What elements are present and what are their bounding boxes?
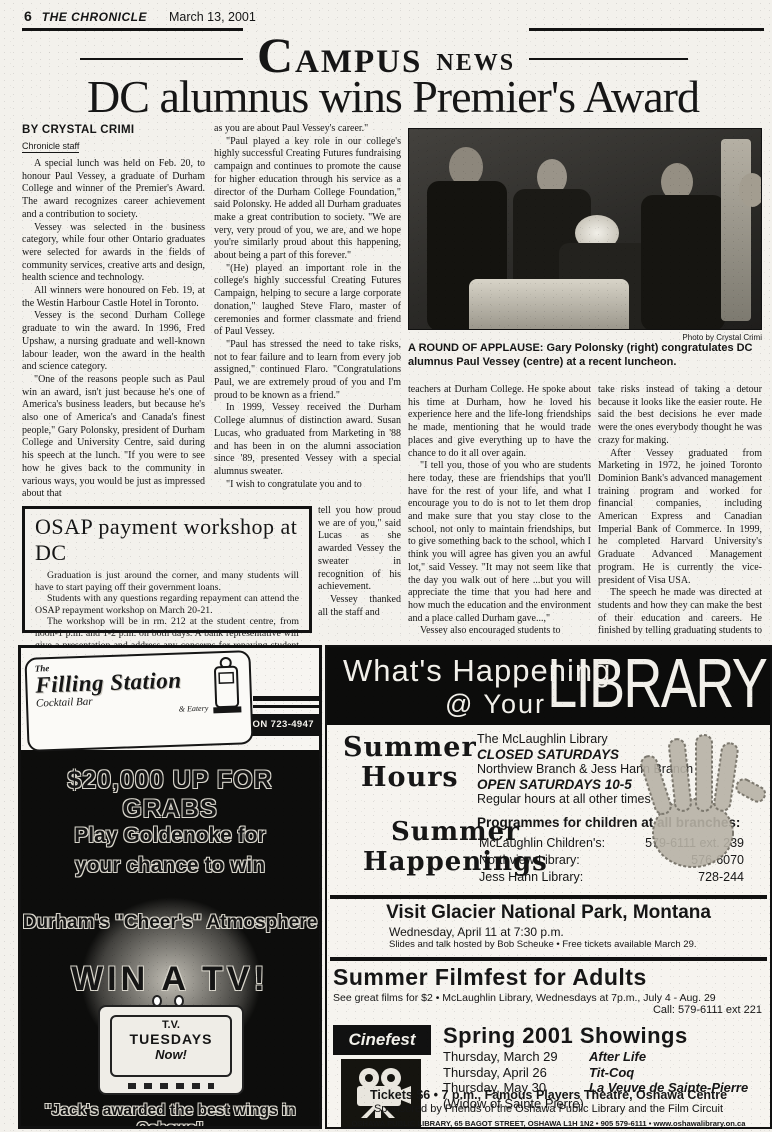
- tv-antenna: [174, 995, 184, 1007]
- hand-icon: [618, 725, 768, 875]
- byline: BY CRYSTAL CRIMI Chronicle staff: [22, 124, 205, 154]
- ad-line: Play Goldenoke for: [21, 824, 319, 848]
- paragraph: A special lunch was held on Feb. 20, to …: [22, 158, 205, 222]
- paragraph: Vessey was selected in the business cate…: [22, 222, 205, 286]
- summer-hours-heading: Summer Hours: [343, 733, 477, 793]
- ad-stripe: [253, 696, 319, 701]
- paragraph: tell you how proud we are of you," said …: [318, 505, 401, 594]
- cinefest-sponsor: Sponsored by Friends of the Oshawa Publi…: [327, 1103, 770, 1115]
- glacier-detail: Slides and talk hosted by Bob Scheuke • …: [389, 939, 770, 950]
- cinefest-title: Spring 2001 Showings: [443, 1023, 688, 1049]
- paragraph: teachers at Durham College. He spoke abo…: [408, 384, 591, 460]
- show-date: Thursday, March 29: [443, 1049, 589, 1065]
- luncheon-photo: [408, 128, 762, 330]
- paper-name: THE CHRONICLE: [42, 10, 147, 24]
- masthead: 6 THE CHRONICLE March 13, 2001: [24, 8, 256, 24]
- paragraph: In 1999, Vessey received the Durham Coll…: [214, 402, 401, 478]
- tv-knobs: [128, 1083, 214, 1089]
- library-ad: What's Happening @ Your LIBRARY Summer H…: [325, 645, 772, 1129]
- filmfest-section: Summer Filmfest for Adults See great fil…: [327, 961, 770, 1023]
- tv-screen: [110, 1015, 232, 1077]
- paragraph: "(He) played an important role in the co…: [214, 263, 401, 339]
- photo-credit: Photo by Crystal Crimi: [408, 333, 762, 342]
- photo-figure: [739, 173, 762, 207]
- banner-text: LIBRARY: [547, 647, 766, 723]
- osap-box-title: OSAP payment workshop at DC: [35, 514, 299, 566]
- article-headline: DC alumnus wins Premier's Award: [20, 70, 766, 123]
- cinefest-section: Cinefest Spring 2001 Showings Thursda: [327, 1023, 770, 1131]
- page-number: 6: [24, 8, 32, 24]
- paragraph: "Paul has stressed the need to take risk…: [214, 339, 401, 403]
- show-date: Thursday, April 26: [443, 1065, 589, 1081]
- paragraph: "Paul played a key role in our college's…: [214, 136, 401, 263]
- paragraph: The speech he made was directed at stude…: [598, 587, 762, 635]
- gas-pump-icon: [209, 656, 245, 719]
- heading-word: Summer: [343, 733, 477, 763]
- photo-caption: A ROUND OF APPLAUSE: Gary Polonsky (righ…: [408, 342, 762, 369]
- filling-station-ad: 948 SIMCOE ST. NORTH OSHAWA, ON 723-4947…: [18, 645, 322, 1129]
- paragraph: Students with any questions regarding re…: [35, 593, 299, 616]
- paragraph: All winners were honoured on Feb. 19, at…: [22, 285, 205, 310]
- paragraph: Vessey thanked all the staff and: [318, 594, 401, 619]
- ad-line: Durham's "Cheer's" Atmosphere: [21, 912, 319, 934]
- article-column-2: as you are about Paul Vessey's career." …: [214, 123, 401, 505]
- ad-quote: "Jack's awarded the best wings in Oshawa…: [21, 1102, 319, 1126]
- article-column-1: A special lunch was held on Feb. 20, to …: [22, 158, 205, 506]
- photo-figure: [641, 195, 725, 330]
- library-ad-banner: What's Happening @ Your LIBRARY: [327, 647, 770, 725]
- library-address: OSHAWA PUBLIC LIBRARY, 65 BAGOT STREET, …: [327, 1119, 770, 1128]
- paragraph: "I wish to congratulate you and to: [214, 479, 401, 492]
- tv-icon: T.V. TUESDAYS Now!: [98, 1005, 244, 1095]
- ad-headline: $20,000 UP FOR GRABS: [21, 766, 319, 824]
- glacier-title: Visit Glacier National Park, Montana: [327, 902, 770, 924]
- show-title: After Life: [589, 1049, 646, 1065]
- branch-label: Jess Hann Library:: [479, 869, 583, 886]
- branch-label: Northview Library:: [479, 852, 580, 869]
- show-title: Tit-Coq: [589, 1065, 634, 1081]
- paragraph: "One of the reasons people such as Paul …: [22, 374, 205, 501]
- tv-antenna: [152, 995, 162, 1007]
- ad-line: your chance to win: [21, 854, 319, 878]
- filmfest-title: Summer Filmfest for Adults: [333, 964, 762, 991]
- paragraph: Vessey is the second Durham College grad…: [22, 310, 205, 374]
- ad-black-panel: $20,000 UP FOR GRABS Play Goldenoke for …: [21, 750, 319, 1126]
- paragraph: Graduation is just around the corner, an…: [35, 570, 299, 593]
- paragraph: "I tell you, those of you who are studen…: [408, 460, 591, 625]
- article-column-4: take risks instead of taking a detour be…: [598, 384, 762, 635]
- byline-author: BY CRYSTAL CRIMI: [22, 124, 205, 136]
- article-column-2-narrow: tell you how proud we are of you," said …: [318, 505, 401, 633]
- glacier-when: Wednesday, April 11 at 7:30 p.m.: [389, 925, 770, 939]
- newspaper-page: 6 THE CHRONICLE March 13, 2001 CAMPUS NE…: [0, 0, 772, 1132]
- osap-workshop-box: OSAP payment workshop at DC Graduation i…: [22, 506, 312, 633]
- filling-station-logo: The Filling Station Cocktail Bar & Eater…: [24, 650, 253, 752]
- banner-text: @ Your: [445, 689, 546, 720]
- paragraph: After Vessey graduated from Marketing in…: [598, 448, 762, 588]
- ad-line: WIN A TV!: [21, 960, 319, 999]
- show-row: Thursday, April 26 Tit-Coq: [443, 1065, 748, 1081]
- article-column-3: teachers at Durham College. He spoke abo…: [408, 384, 591, 635]
- cinefest-tickets: Tickets $6 • 7 p.m., Famous Players Thea…: [327, 1088, 770, 1102]
- glacier-section: Visit Glacier National Park, Montana Wed…: [327, 899, 770, 957]
- filmfest-call: Call: 579-6111 ext 221: [333, 1004, 762, 1016]
- cinefest-badge: Cinefest: [333, 1025, 431, 1055]
- branch-label: McLaughlin Children's:: [479, 835, 605, 852]
- heading-word: Hours: [343, 763, 477, 793]
- photo-table: [469, 279, 629, 330]
- paragraph: as you are about Paul Vessey's career.": [214, 123, 401, 136]
- show-row: Thursday, March 29 After Life: [443, 1049, 748, 1065]
- issue-date: March 13, 2001: [169, 10, 256, 24]
- paragraph: take risks instead of taking a detour be…: [598, 384, 762, 448]
- ad-stripe: [253, 705, 319, 708]
- byline-role: Chronicle staff: [22, 141, 79, 153]
- filmfest-detail: See great films for $2 • McLaughlin Libr…: [333, 992, 762, 1004]
- photo-figure: [721, 139, 751, 321]
- paragraph: Vessey also encouraged students to: [408, 625, 591, 635]
